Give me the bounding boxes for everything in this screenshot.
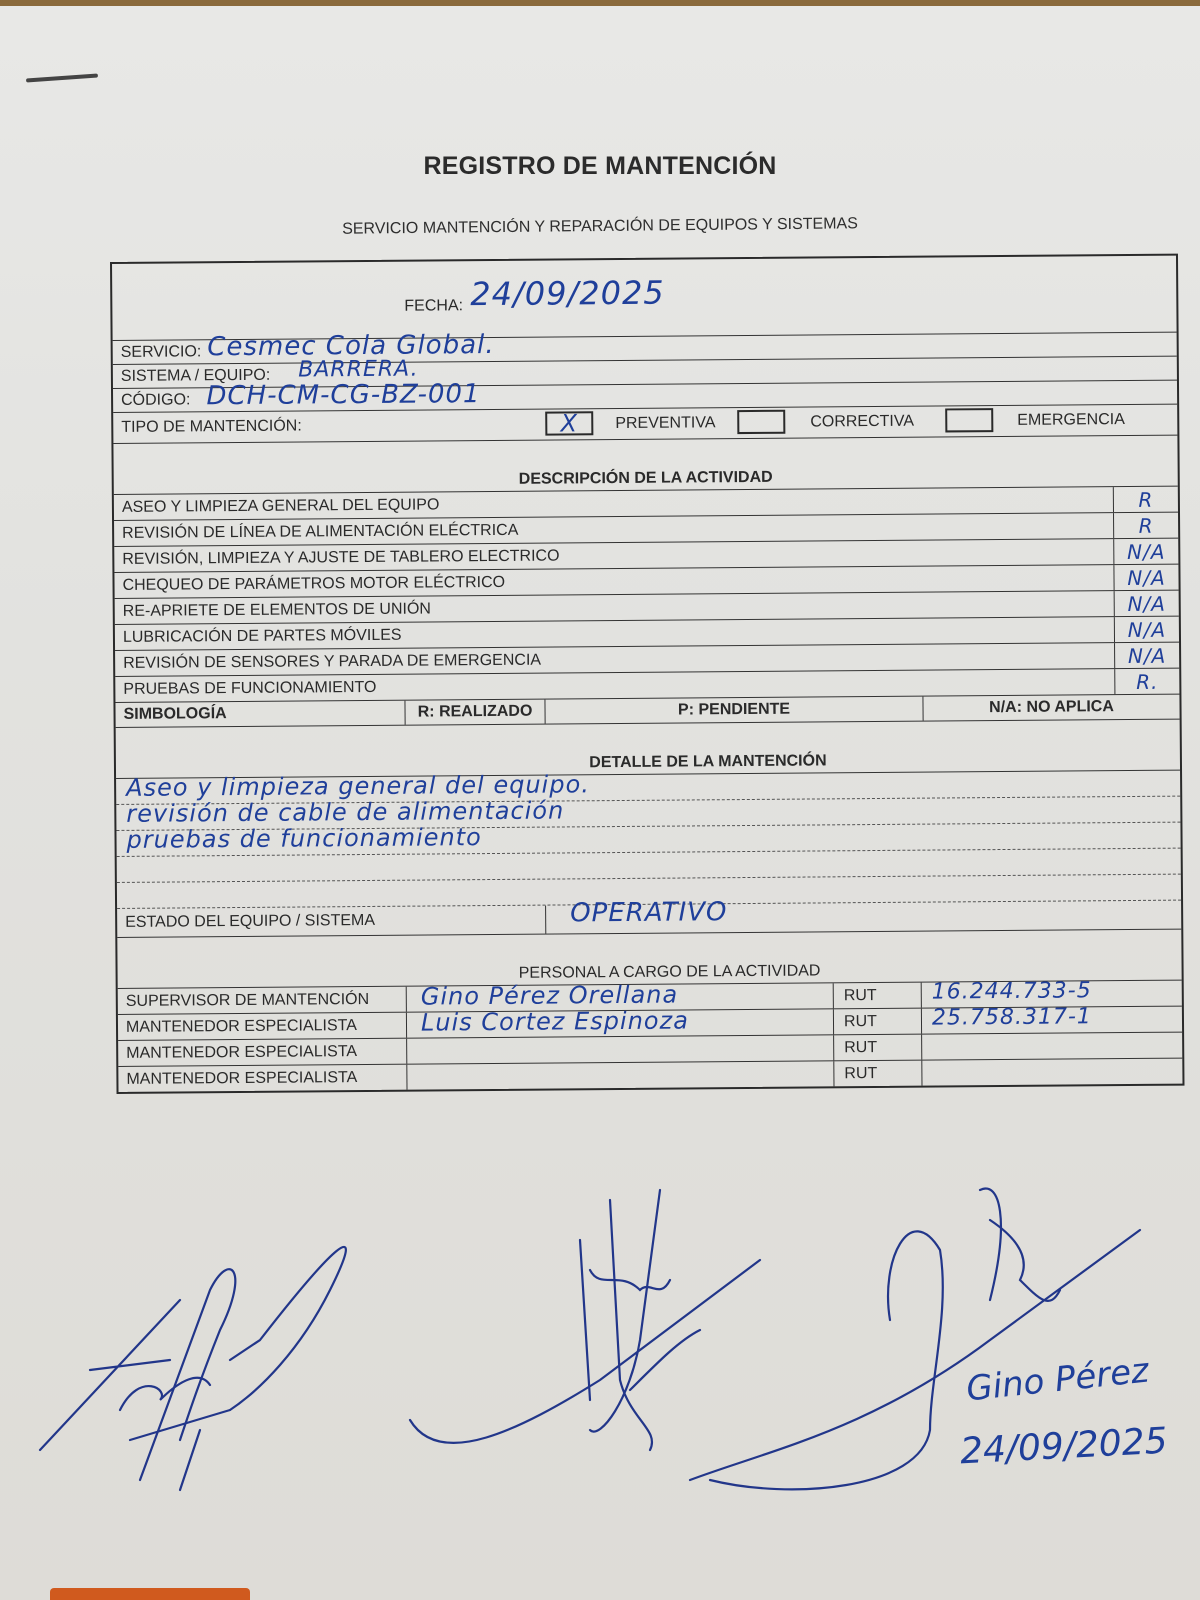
activity-status[interactable]: R [1113, 487, 1178, 513]
legend-pendiente: P: PENDIENTE [545, 697, 923, 724]
detail-text: pruebas de funcionamiento [126, 823, 481, 854]
activity-label: REVISIÓN DE SENSORES Y PARADA DE EMERGEN… [115, 647, 1114, 673]
detail-lines: Aseo y limpieza general del equipo.revis… [116, 771, 1181, 909]
activity-status[interactable]: N/A [1114, 617, 1179, 643]
estado-value[interactable]: OPERATIVO [570, 897, 728, 928]
rut-value: 16.244.733-5 [932, 978, 1092, 1004]
activity-label: CHEQUEO DE PARÁMETROS MOTOR ELÉCTRICO [114, 569, 1113, 595]
activity-list: ASEO Y LIMPIEZA GENERAL DEL EQUIPORREVIS… [114, 487, 1180, 703]
personnel-name: Luis Cortez Espinoza [421, 1006, 689, 1036]
fecha-value[interactable]: 24/09/2025 [470, 274, 665, 314]
activity-status[interactable]: N/A [1114, 643, 1179, 669]
personnel-name-field[interactable]: Luis Cortez Espinoza [407, 1009, 834, 1037]
rut-field[interactable] [922, 1033, 1182, 1060]
activity-label: PRUEBAS DE FUNCIONAMIENTO [115, 673, 1114, 699]
rut-field[interactable]: 25.758.317-1 [922, 1007, 1182, 1034]
personnel-name-field[interactable] [407, 1035, 834, 1063]
personnel-table: SUPERVISOR DE MANTENCIÓNGino Pérez Orell… [118, 981, 1183, 1092]
check-mark-icon: X [560, 409, 578, 437]
option-emergencia: EMERGENCIA [1017, 411, 1125, 430]
estado-label: ESTADO DEL EQUIPO / SISTEMA [117, 906, 546, 937]
activity-label: RE-APRIETE DE ELEMENTOS DE UNIÓN [115, 595, 1114, 621]
option-preventiva: PREVENTIVA [615, 414, 715, 433]
rut-field[interactable]: 16.244.733-5 [922, 981, 1182, 1008]
detalle-heading: DETALLE DE LA MANTENCIÓN [116, 720, 1180, 779]
rut-label: RUT [834, 1035, 922, 1061]
option-correctiva: CORRECTIVA [810, 413, 914, 432]
rut-label: RUT [834, 1061, 922, 1087]
personnel-name-field[interactable] [407, 1061, 834, 1089]
legend-realizado: R: REALIZADO [405, 700, 545, 725]
activity-status[interactable]: N/A [1114, 591, 1179, 617]
tipo-label: TIPO DE MANTENCIÓN: [113, 417, 302, 436]
actividad-heading: DESCRIPCIÓN DE LA ACTIVIDAD [113, 436, 1177, 495]
simbologia-label: SIMBOLOGÍA [115, 701, 405, 727]
codigo-value[interactable]: DCH-CM-CG-BZ-001 [206, 379, 480, 411]
rut-field[interactable] [922, 1059, 1182, 1086]
rut-label: RUT [834, 983, 922, 1009]
checkbox-correctiva[interactable] [737, 410, 785, 434]
personnel-role: SUPERVISOR DE MANTENCIÓN [118, 987, 407, 1014]
maintenance-form: FECHA: 24/09/2025 SERVICIO: Cesmec Cola … [110, 254, 1185, 1094]
checkbox-preventiva[interactable]: X [545, 411, 593, 435]
rut-label: RUT [834, 1009, 922, 1035]
activity-status[interactable]: R [1113, 513, 1178, 539]
activity-status[interactable]: N/A [1113, 539, 1178, 565]
rut-value: 25.758.317-1 [932, 1004, 1092, 1030]
servicio-label: SERVICIO: [113, 343, 202, 362]
activity-status[interactable]: R. [1114, 669, 1179, 695]
checkbox-emergencia[interactable] [945, 408, 993, 432]
fecha-label: FECHA: [404, 297, 463, 315]
activity-label: ASEO Y LIMPIEZA GENERAL DEL EQUIPO [114, 491, 1113, 517]
document-title: REGISTRO DE MANTENCIÓN [0, 152, 1200, 181]
orange-object [50, 1588, 250, 1600]
activity-status[interactable]: N/A [1113, 565, 1178, 591]
codigo-label: CÓDIGO: [113, 391, 190, 410]
activity-label: REVISIÓN, LIMPIEZA Y AJUSTE DE TABLERO E… [114, 543, 1113, 569]
activity-label: REVISIÓN DE LÍNEA DE ALIMENTACIÓN ELÉCTR… [114, 517, 1113, 543]
fecha-row: FECHA: 24/09/2025 [112, 256, 1177, 341]
personnel-role: MANTENEDOR ESPECIALISTA [118, 1013, 407, 1040]
signature-1 [30, 1210, 370, 1515]
personnel-role: MANTENEDOR ESPECIALISTA [118, 1039, 407, 1066]
activity-label: LUBRICACIÓN DE PARTES MÓVILES [115, 621, 1114, 647]
personnel-role: MANTENEDOR ESPECIALISTA [118, 1065, 407, 1092]
legend-no-aplica: N/A: NO APLICA [923, 695, 1179, 721]
